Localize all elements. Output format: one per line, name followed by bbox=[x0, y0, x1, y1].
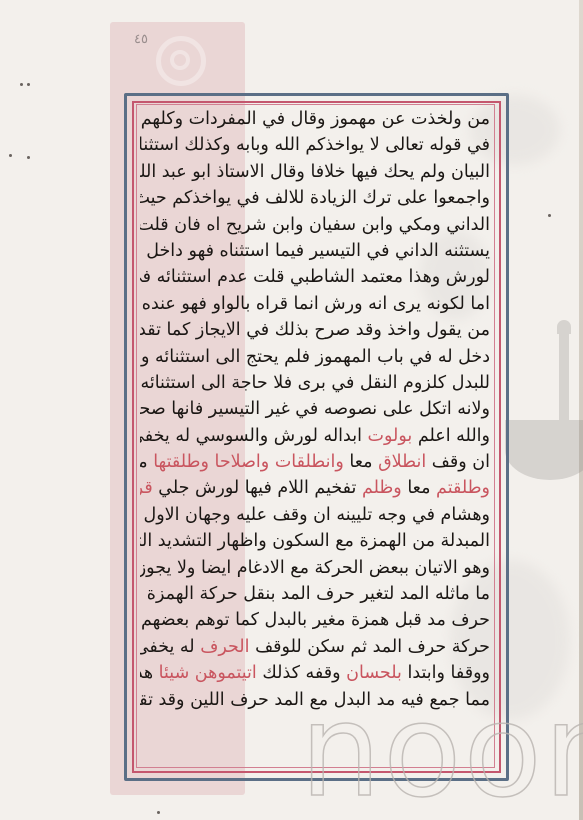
text-line: حرف مد قبل همزة مغير بالبدل كما توهم بعض… bbox=[140, 607, 490, 633]
watermark-text: noom bbox=[300, 688, 583, 816]
ink-speck bbox=[548, 214, 551, 217]
ink-speck bbox=[157, 811, 160, 814]
text-line: من يقول واخذ وقد صرح بذلك في الايجاز كما… bbox=[140, 317, 490, 343]
rubric-word: وانطلقات bbox=[275, 452, 344, 472]
text-line: وطلقتم معا وظلم تفخيم اللام فيها لورش جل… bbox=[140, 475, 490, 501]
text-line: ان وقف انطلاق معا وانطلقات واصلاحا وطلقت… bbox=[140, 449, 490, 475]
ink-speck bbox=[20, 83, 23, 86]
text-line: ولانه اتكل على نصوصه في غير التيسير فانه… bbox=[140, 396, 490, 422]
ink-speck bbox=[27, 83, 30, 86]
manuscript-text: من ولخذت عن مهموز وقال في المفردات وكلهم… bbox=[140, 106, 490, 766]
text-line: الداني ومكي وابن سفيان وابن شريح اه فان … bbox=[140, 212, 490, 238]
mosque-watermark-icon bbox=[545, 330, 583, 470]
text-line: وهشام في وجه تليينه ان وقف عليه وجهان ال… bbox=[140, 502, 490, 528]
text-line: ما ماثله المد لتغير حرف المد بنقل حركة ا… bbox=[140, 581, 490, 607]
rubric-word: بولوت bbox=[368, 426, 413, 446]
text-line: اما لكونه يرى انه ورش انما قراه بالواو ف… bbox=[140, 291, 490, 317]
rubric-word: وظلم bbox=[362, 478, 402, 498]
rubric-word: انطلاق bbox=[378, 452, 426, 472]
text-line: من ولخذت عن مهموز وقال في المفردات وكلهم… bbox=[140, 106, 490, 132]
library-logo-watermark-icon bbox=[156, 36, 206, 86]
rubric-word: قروء bbox=[140, 478, 153, 498]
text-line: المبدلة من الهمزة مع السكون واظهار التشد… bbox=[140, 528, 490, 554]
rubric-word: واصلاحا bbox=[214, 452, 269, 472]
rubric-word: وطلقتها bbox=[153, 452, 209, 472]
text-line: واجمعوا على ترك الزيادة للالف في يواخذكم… bbox=[140, 185, 490, 211]
folio-number: ٤٥ bbox=[134, 32, 148, 47]
text-line: والله اعلم بولوت ابداله لورش والسوسي له … bbox=[140, 423, 490, 449]
rubric-word: الحرف bbox=[200, 637, 249, 657]
rubric-word: وطلقتم bbox=[436, 478, 490, 498]
text-line: في قوله تعالى لا يواخذكم الله وبابه وكذل… bbox=[140, 132, 490, 158]
text-line: البيان ولم يحك فيها خلافا وقال الاستاذ ا… bbox=[140, 159, 490, 185]
text-line: يستثنه الداني في التيسير فيما استثناه فه… bbox=[140, 238, 490, 264]
text-line: دخل له في باب المهموز فلم يحتج الى استثن… bbox=[140, 344, 490, 370]
ink-speck bbox=[9, 154, 12, 157]
text-line: لورش وهذا معتمد الشاطبي قلت عدم استثنائه… bbox=[140, 264, 490, 290]
text-line: حركة حرف المد ثم سكن للوقف الحرف له يخفى… bbox=[140, 634, 490, 660]
ink-speck bbox=[27, 156, 30, 159]
text-line: للبدل كلزوم النقل في برى فلا حاجة الى اس… bbox=[140, 370, 490, 396]
rubric-word: اتيتموهن شيئا bbox=[159, 663, 257, 683]
text-line: وهو الاتيان ببعض الحركة مع الادغام ايضا … bbox=[140, 555, 490, 581]
